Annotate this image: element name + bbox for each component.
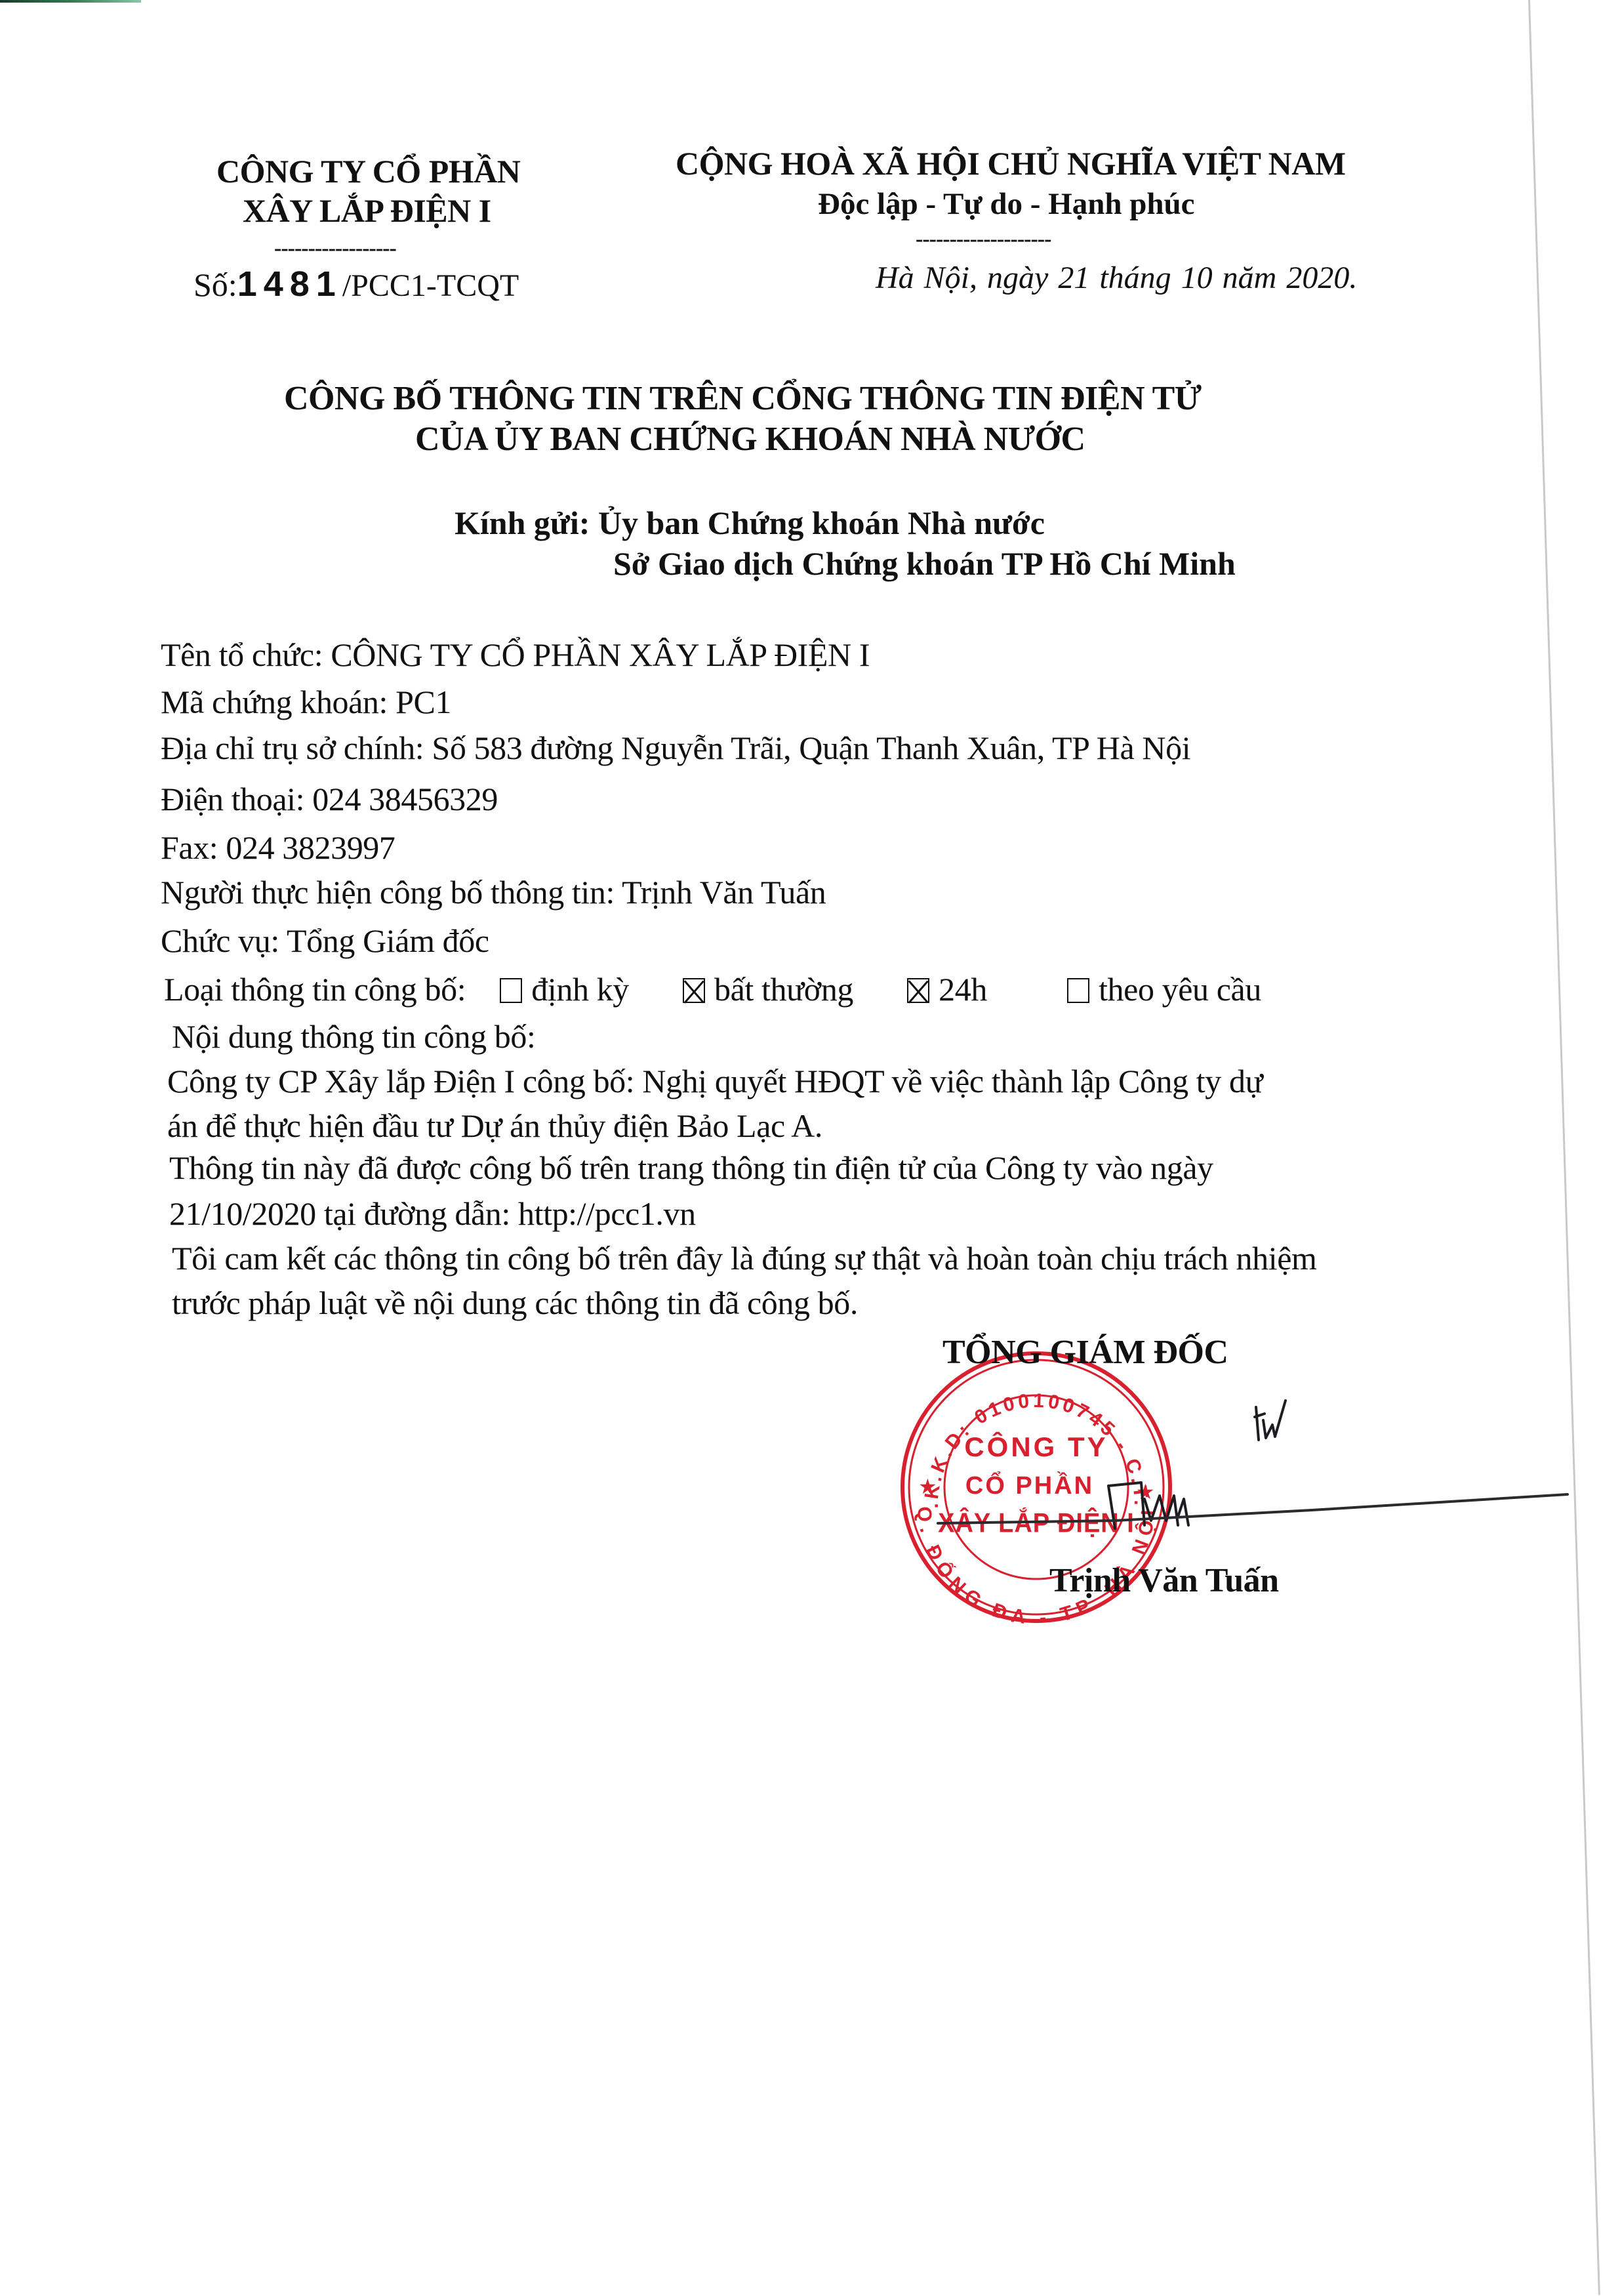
checkbox-irregular[interactable] [683, 978, 705, 1003]
checkbox-on-request[interactable] [1067, 978, 1089, 1003]
option-label: bất thường [714, 971, 853, 1008]
option-periodic[interactable]: định kỳ [500, 970, 629, 1009]
content-paragraph1-line2: án để thực hiện đầu tư Dự án thủy điện B… [167, 1106, 822, 1145]
field-value: 024 3823997 [226, 829, 395, 866]
paper-edge-line [1528, 0, 1600, 2295]
header-right-separator: -------------------- [916, 227, 1051, 252]
disclosure-type-label: Loại thông tin công bố: [164, 971, 466, 1008]
field-value: PC1 [395, 684, 451, 720]
field-stock-code: Mã chứng khoán: PC1 [161, 682, 451, 722]
field-label: Địa chỉ trụ sở chính: [161, 729, 424, 766]
field-fax: Fax: 024 3823997 [161, 828, 395, 867]
recipient-item: Sở Giao dịch Chứng khoán TP Hồ Chí Minh [613, 544, 1236, 583]
recipient-item: Ủy ban Chứng khoán Nhà nước [598, 504, 1045, 541]
field-value: Số 583 đường Nguyễn Trãi, Quận Thanh Xuâ… [432, 729, 1190, 766]
field-label: Fax: [161, 829, 218, 866]
content-paragraph2-line1: Thông tin này đã được công bố trên trang… [169, 1148, 1213, 1187]
checkbox-24h[interactable] [907, 978, 929, 1003]
content-paragraph3-line2: trước pháp luật về nội dung các thông ti… [172, 1283, 858, 1322]
field-label: Tên tổ chức: [161, 636, 323, 673]
field-address: Địa chỉ trụ sở chính: Số 583 đường Nguyễ… [161, 728, 1190, 768]
nation-title: CỘNG HOÀ XÃ HỘI CHỦ NGHĨA VIỆT NAM [676, 144, 1346, 182]
field-phone: Điện thoại: 024 38456329 [161, 779, 498, 819]
field-label: Mã chứng khoán: [161, 684, 388, 720]
field-position: Chức vụ: Tổng Giám đốc [161, 921, 489, 960]
field-label: Điện thoại: [161, 781, 304, 817]
field-label: Chức vụ: [161, 922, 279, 959]
disclosure-type-row: Loại thông tin công bố: định kỳ bất thườ… [164, 970, 1307, 1009]
option-label: theo yêu cầu [1099, 971, 1261, 1008]
content-heading: Nội dung thông tin công bố: [172, 1017, 535, 1056]
document-number-suffix: /PCC1-TCQT [342, 268, 519, 303]
header-left-separator: ------------------ [274, 236, 396, 261]
scan-artifact-top [0, 0, 141, 3]
field-value: CÔNG TY CỔ PHẦN XÂY LẮP ĐIỆN I [331, 636, 870, 673]
recipient-label: Kính gửi: [455, 504, 590, 541]
document-title-line2: CỦA ỦY BAN CHỨNG KHOÁN NHÀ NƯỚC [415, 420, 1085, 459]
option-irregular[interactable]: bất thường [683, 970, 853, 1009]
field-organization: Tên tổ chức: CÔNG TY CỔ PHẦN XÂY LẮP ĐIỆ… [161, 635, 870, 674]
field-value: Tổng Giám đốc [287, 922, 489, 959]
option-24h[interactable]: 24h [907, 970, 987, 1009]
document-number: Số:1481/PCC1-TCQT [193, 264, 519, 304]
recipient-line1: Kính gửi: Ủy ban Chứng khoán Nhà nước [455, 504, 1045, 542]
company-name-line2: XÂY LẮP ĐIỆN I [243, 192, 491, 230]
document-number-prefix: Số: [193, 266, 237, 303]
field-discloser: Người thực hiện công bố thông tin: Trịnh… [161, 872, 826, 912]
field-value: Trịnh Văn Tuấn [622, 874, 826, 911]
nation-motto: Độc lập - Tự do - Hạnh phúc [818, 186, 1195, 222]
content-paragraph1-line1: Công ty CP Xây lắp Điện I công bố: Nghị … [167, 1061, 1263, 1101]
field-value: 024 38456329 [312, 781, 498, 817]
option-label: 24h [939, 971, 987, 1008]
content-paragraph2-line2: 21/10/2020 tại đường dẫn: http://pcc1.vn [169, 1194, 696, 1233]
company-name-line1: CÔNG TY CỔ PHẦN [216, 152, 520, 190]
field-label: Người thực hiện công bố thông tin: [161, 874, 615, 911]
checkbox-periodic[interactable] [500, 978, 522, 1003]
content-paragraph3-line1: Tôi cam kết các thông tin công bố trên đ… [172, 1239, 1317, 1278]
document-date: Hà Nội, ngày 21 tháng 10 năm 2020. [876, 260, 1357, 296]
handwritten-signature-icon [918, 1364, 1587, 1574]
document-number-value: 1481 [237, 264, 342, 304]
option-label: định kỳ [531, 971, 629, 1008]
option-on-request[interactable]: theo yêu cầu [1067, 970, 1261, 1009]
document-title-line1: CÔNG BỐ THÔNG TIN TRÊN CỔNG THÔNG TIN ĐI… [284, 379, 1202, 418]
